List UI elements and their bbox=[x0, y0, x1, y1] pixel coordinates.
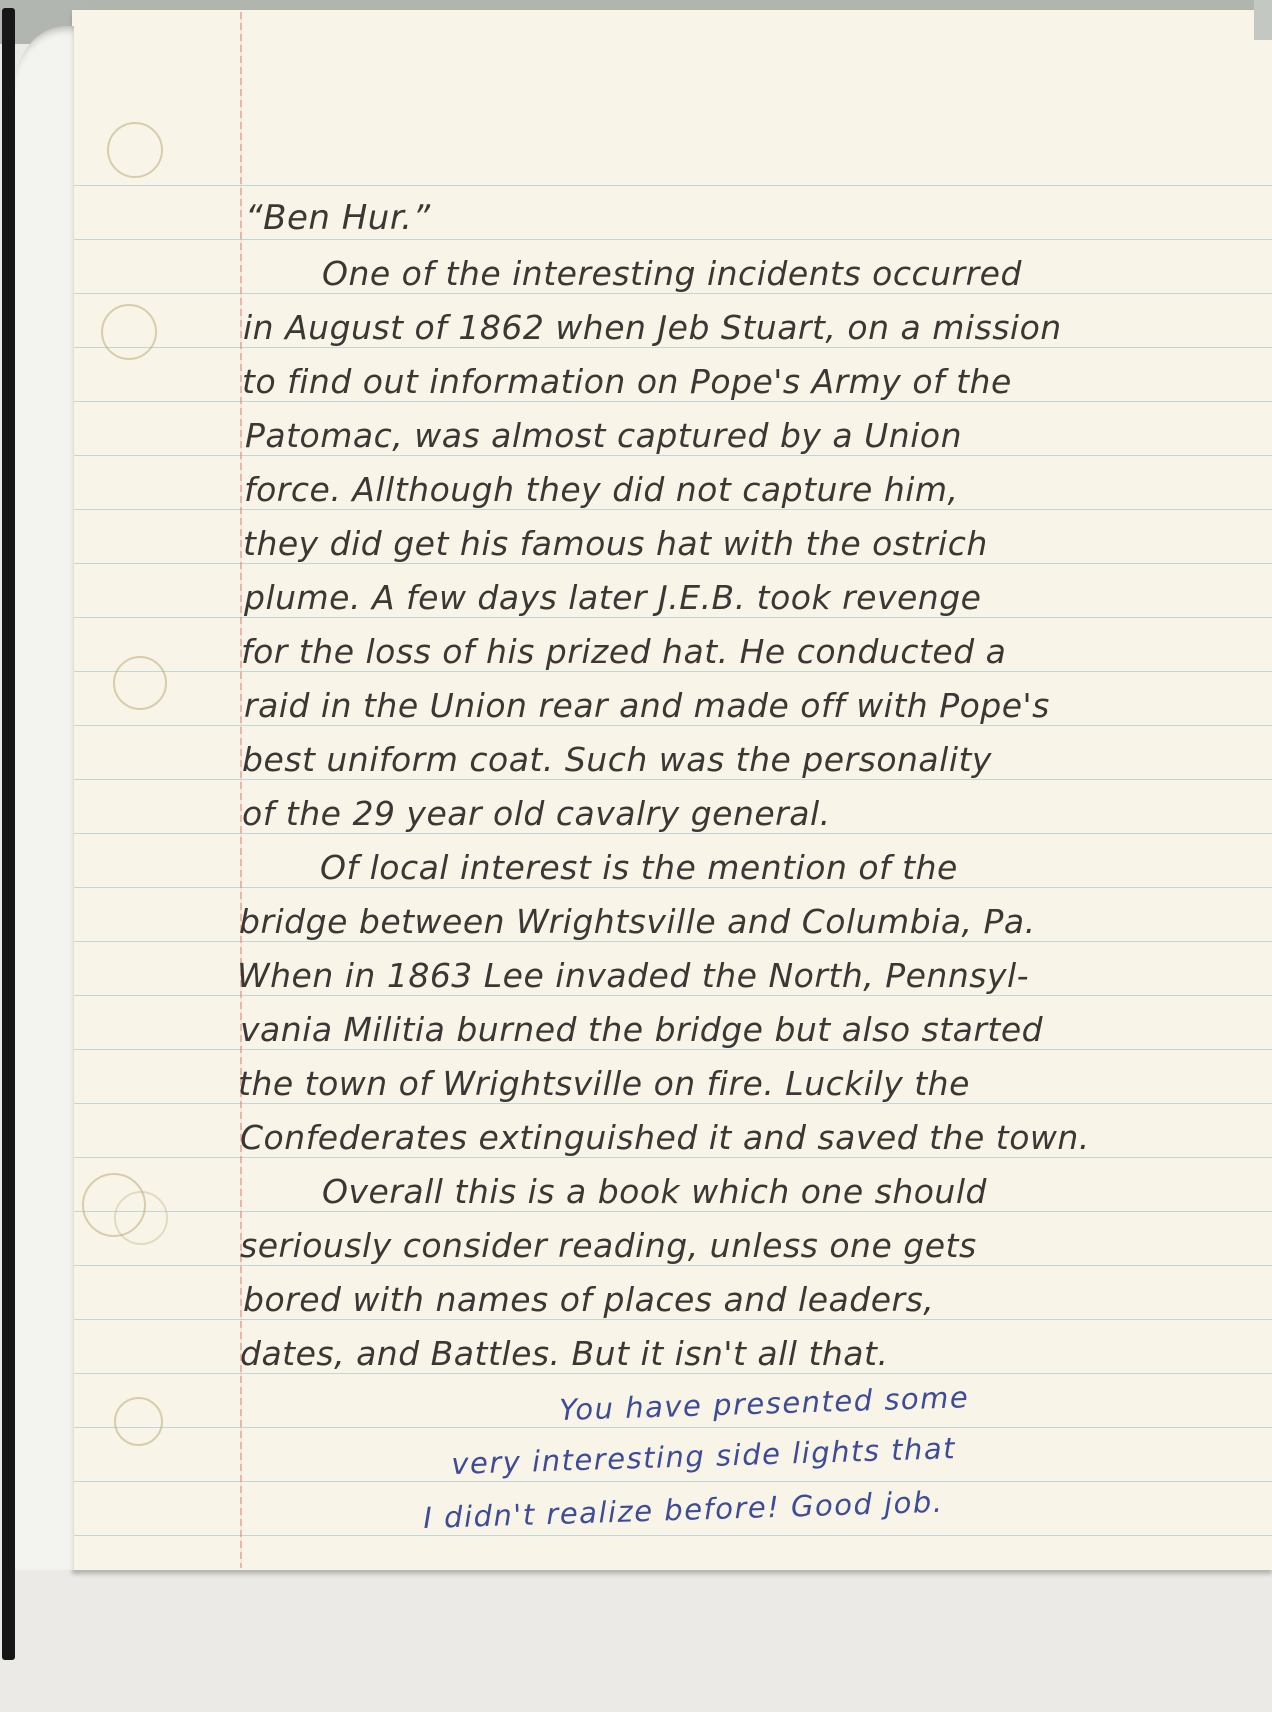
essay-line: in August of 1862 when Jeb Stuart, on a … bbox=[243, 307, 1062, 349]
essay-line: raid in the Union rear and made off with… bbox=[244, 685, 1050, 727]
essay-line: they did get his famous hat with the ost… bbox=[243, 523, 988, 565]
essay-line: Confederates extinguished it and saved t… bbox=[240, 1117, 1090, 1159]
essay-line: to find out information on Pope's Army o… bbox=[242, 361, 1012, 403]
essay-line: of the 29 year old cavalry general. bbox=[242, 793, 831, 835]
essay-line: Patomac, was almost captured by a Union bbox=[245, 415, 962, 457]
essay-line: Of local interest is the mention of the bbox=[320, 847, 958, 889]
essay-line: for the loss of his prized hat. He condu… bbox=[241, 631, 1006, 673]
page-curl-edge bbox=[14, 26, 74, 1570]
punch-hole bbox=[101, 304, 157, 360]
scanner-top-right-sliver bbox=[1254, 0, 1272, 40]
essay-line: the town of Wrightsville on fire. Luckil… bbox=[238, 1063, 970, 1105]
essay-title: “Ben Hur.” bbox=[245, 197, 431, 239]
essay-line: When in 1863 Lee invaded the North, Penn… bbox=[237, 955, 1029, 997]
essay-line: best uniform coat. Such was the personal… bbox=[242, 739, 992, 781]
essay-line: bored with names of places and leaders, bbox=[243, 1279, 934, 1321]
essay-line: force. Allthough they did not capture hi… bbox=[244, 469, 959, 511]
essay-line: One of the interesting incidents occurre… bbox=[322, 253, 1022, 295]
essay-line: dates, and Battles. But it isn't all tha… bbox=[240, 1333, 888, 1375]
essay-line: plume. A few days later J.E.B. took reve… bbox=[244, 577, 981, 619]
punch-hole bbox=[107, 122, 163, 178]
punch-hole-curl bbox=[114, 1191, 168, 1245]
scanner-edge-strip bbox=[2, 8, 15, 1660]
punch-hole bbox=[114, 1397, 163, 1446]
essay-line: bridge between Wrightsville and Columbia… bbox=[239, 901, 1036, 943]
essay-line: vania Militia burned the bridge but also… bbox=[240, 1009, 1043, 1051]
essay-line: Overall this is a book which one should bbox=[322, 1171, 987, 1213]
essay-line: seriously consider reading, unless one g… bbox=[240, 1225, 977, 1267]
punch-hole bbox=[113, 656, 167, 710]
